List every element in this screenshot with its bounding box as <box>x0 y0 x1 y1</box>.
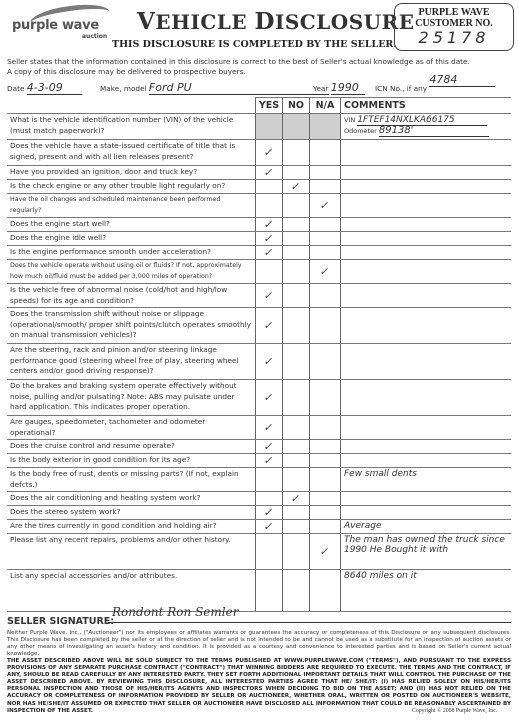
checkmark-icon: ✓ <box>319 545 331 558</box>
icn-field[interactable]: ICN No., if any 4784 <box>375 81 495 95</box>
comment-field[interactable]: VIN 1FTEF14NXLKA66175Odometer 89138' <box>341 114 512 140</box>
question-text: Does the stereo system work? <box>7 506 256 520</box>
page-title: VEHICLE DISCLOSURE <box>137 8 414 35</box>
comment-field[interactable] <box>341 416 512 440</box>
no-checkbox[interactable] <box>283 344 310 380</box>
na-checkbox[interactable] <box>310 492 341 506</box>
comment-field[interactable] <box>341 140 512 166</box>
table-row: Are the tires currently in good conditio… <box>7 520 511 534</box>
terms-text: THE ASSET DESCRIBED ABOVE WILL BE SOLD S… <box>7 658 511 715</box>
no-checkbox[interactable] <box>283 468 310 492</box>
page-subtitle: THIS DISCLOSURE IS COMPLETED BY THE SELL… <box>112 39 397 50</box>
comment-field[interactable] <box>341 454 512 468</box>
no-checkbox[interactable] <box>283 218 310 232</box>
signature-value: Rondont Ron Semler <box>112 605 238 619</box>
yes-checkbox[interactable] <box>256 492 283 506</box>
yes-checkbox[interactable]: ✓ <box>256 308 283 344</box>
comment-field[interactable]: The man has owned the truck since 1990 H… <box>341 534 512 570</box>
question-text: Does the transmission shift without nois… <box>7 308 256 344</box>
na-header: N/A <box>310 98 341 114</box>
checkmark-icon: ✓ <box>263 454 275 467</box>
odometer-value[interactable]: 89138' <box>379 126 489 137</box>
comment-text: The man has owned the truck since 1990 H… <box>344 535 505 555</box>
na-checkbox[interactable] <box>310 506 341 520</box>
na-checkbox[interactable] <box>310 246 341 260</box>
table-row: Does the cruise control and resume opera… <box>7 440 511 454</box>
table-row: Is the check engine or any other trouble… <box>7 180 511 194</box>
signature-label: SELLER SIGNATURE: <box>7 616 114 627</box>
question-text: Does the engine idle well? <box>7 232 256 246</box>
logo-subtext: auction <box>82 33 107 40</box>
yes-checkbox[interactable]: ✓ <box>256 246 283 260</box>
na-checkbox[interactable] <box>310 308 341 344</box>
yes-checkbox[interactable]: ✓ <box>256 440 283 454</box>
na-checkbox[interactable] <box>310 344 341 380</box>
logo-text: purple wave <box>12 18 99 33</box>
checkmark-icon: ✓ <box>263 391 275 404</box>
customer-number-value[interactable]: 25178 <box>395 28 513 47</box>
comment-text: Average <box>344 521 382 531</box>
no-checkbox[interactable]: ✓ <box>283 492 310 506</box>
yes-header: YES <box>256 98 283 114</box>
comment-field[interactable] <box>341 440 512 454</box>
na-checkbox[interactable]: ✓ <box>310 260 341 284</box>
disclaimer-text: Neither Purple Wave, Inc., ("Auctioneer"… <box>7 630 511 658</box>
no-checkbox[interactable] <box>283 520 310 534</box>
no-checkbox[interactable] <box>283 380 310 416</box>
table-row: Please list any recent repairs, problems… <box>7 534 511 570</box>
question-text: Does the vehicle have a state-issued cer… <box>7 140 256 166</box>
no-checkbox[interactable] <box>283 506 310 520</box>
table-row: Does the stereo system work?✓ <box>7 506 511 520</box>
yes-checkbox[interactable]: ✓ <box>256 232 283 246</box>
yes-checkbox[interactable] <box>256 534 283 570</box>
question-header <box>7 98 256 114</box>
no-checkbox[interactable] <box>283 416 310 440</box>
no-checkbox[interactable] <box>283 454 310 468</box>
comment-field[interactable] <box>341 232 512 246</box>
comment-field[interactable] <box>341 194 512 218</box>
question-text: Is the body free of rust, dents or missi… <box>7 468 256 492</box>
comment-field[interactable]: Average <box>341 520 512 534</box>
table-row: Does the vehicle operate without using o… <box>7 260 511 284</box>
question-text: What is the vehicle identification numbe… <box>7 114 256 140</box>
comment-field[interactable] <box>341 284 512 308</box>
customer-box-label: PURPLE WAVECUSTOMER NO. <box>395 7 513 29</box>
checkmark-icon: ✓ <box>290 492 302 505</box>
na-checkbox[interactable] <box>310 218 341 232</box>
table-header-row: YES NO N/A COMMENTS <box>7 98 511 114</box>
yes-checkbox[interactable]: ✓ <box>256 380 283 416</box>
yes-checkbox[interactable] <box>256 180 283 194</box>
checkmark-icon: ✓ <box>263 421 275 434</box>
purple-wave-logo: purple wave auction <box>10 8 105 34</box>
make-model-field[interactable]: Make, model Ford PU <box>100 81 329 95</box>
na-checkbox[interactable] <box>310 416 341 440</box>
checkmark-icon: ✓ <box>319 265 331 278</box>
table-row: What is the vehicle identification numbe… <box>7 114 511 140</box>
yes-checkbox[interactable]: ✓ <box>256 284 283 308</box>
no-checkbox[interactable] <box>283 246 310 260</box>
no-checkbox[interactable] <box>283 232 310 246</box>
comment-text: Few small dents <box>344 469 417 479</box>
checkmark-icon: ✓ <box>263 218 275 231</box>
no-checkbox[interactable]: ✓ <box>283 180 310 194</box>
checkmark-icon: ✓ <box>263 319 275 332</box>
yes-checkbox[interactable]: ✓ <box>256 166 283 180</box>
yes-checkbox[interactable] <box>256 260 283 284</box>
checkmark-icon: ✓ <box>263 289 275 302</box>
question-text: Does the cruise control and resume opera… <box>7 440 256 454</box>
yes-checkbox[interactable]: ✓ <box>256 520 283 534</box>
year-field[interactable]: Year 1990 <box>313 81 365 95</box>
na-checkbox[interactable] <box>310 520 341 534</box>
question-text: Is the check engine or any other trouble… <box>7 180 256 194</box>
checkmark-icon: ✓ <box>290 180 302 193</box>
checkmark-icon: ✓ <box>263 355 275 368</box>
table-row: Are the steering, rack and pinion and/or… <box>7 344 511 380</box>
date-field[interactable]: Date 4-3-09 <box>7 81 82 95</box>
vin-value[interactable]: 1FTEF14NXLKA66175 <box>357 115 487 126</box>
question-text: Please list any recent repairs, problems… <box>7 534 256 570</box>
comment-text: 8640 miles on it <box>344 571 417 581</box>
no-checkbox[interactable] <box>283 114 310 140</box>
question-text: Do the brakes and braking system operate… <box>7 380 256 416</box>
comment-field[interactable] <box>341 166 512 180</box>
vin-label: VIN <box>344 116 355 124</box>
question-text: Have the oil changes and scheduled maint… <box>7 194 256 218</box>
table-row: Have you provided an ignition, door and … <box>7 166 511 180</box>
comment-field[interactable] <box>341 246 512 260</box>
table-row: Does the engine idle well?✓ <box>7 232 511 246</box>
yes-checkbox[interactable]: ✓ <box>256 416 283 440</box>
question-text: Is the engine performance smooth under a… <box>7 246 256 260</box>
table-row: Does the engine start well?✓ <box>7 218 511 232</box>
checkmark-icon: ✓ <box>263 146 275 159</box>
table-row: Have the oil changes and scheduled maint… <box>7 194 511 218</box>
na-checkbox[interactable] <box>310 468 341 492</box>
comments-header: COMMENTS <box>341 98 512 114</box>
yes-checkbox[interactable]: ✓ <box>256 218 283 232</box>
yes-checkbox[interactable]: ✓ <box>256 140 283 166</box>
table-row: Are gauges, speedometer, tachometer and … <box>7 416 511 440</box>
no-checkbox[interactable] <box>283 194 310 218</box>
question-text: Are gauges, speedometer, tachometer and … <box>7 416 256 440</box>
comment-field[interactable] <box>341 492 512 506</box>
yes-checkbox[interactable]: ✓ <box>256 506 283 520</box>
no-checkbox[interactable] <box>283 308 310 344</box>
question-text: Does the engine start well? <box>7 218 256 232</box>
question-text: Is the vehicle free of abnormal noise (c… <box>7 284 256 308</box>
question-text: Are the steering, rack and pinion and/or… <box>7 344 256 380</box>
na-checkbox[interactable] <box>310 114 341 140</box>
no-checkbox[interactable] <box>283 140 310 166</box>
yes-checkbox[interactable] <box>256 114 283 140</box>
no-checkbox[interactable] <box>283 534 310 570</box>
checkmark-icon: ✓ <box>263 440 275 453</box>
na-checkbox[interactable] <box>310 284 341 308</box>
checkmark-icon: ✓ <box>263 232 275 245</box>
na-checkbox[interactable] <box>310 166 341 180</box>
comment-field[interactable] <box>341 506 512 520</box>
checkmark-icon: ✓ <box>263 166 275 179</box>
na-checkbox[interactable] <box>310 140 341 166</box>
checkmark-icon: ✓ <box>263 246 275 259</box>
table-row: Is the engine performance smooth under a… <box>7 246 511 260</box>
comment-field[interactable] <box>341 380 512 416</box>
na-checkbox[interactable]: ✓ <box>310 534 341 570</box>
table-row: Is the body exterior in good condition f… <box>7 454 511 468</box>
comment-field[interactable] <box>341 308 512 344</box>
question-text: Have you provided an ignition, door and … <box>7 166 256 180</box>
table-row: Does the air conditioning and heating sy… <box>7 492 511 506</box>
na-checkbox[interactable] <box>310 232 341 246</box>
table-row: Is the vehicle free of abnormal noise (c… <box>7 284 511 308</box>
odometer-label: Odometer <box>344 127 377 135</box>
na-checkbox[interactable] <box>310 380 341 416</box>
no-header: NO <box>283 98 310 114</box>
comment-field[interactable] <box>341 260 512 284</box>
checkmark-icon: ✓ <box>263 520 275 533</box>
table-row: Do the brakes and braking system operate… <box>7 380 511 416</box>
na-checkbox[interactable] <box>310 180 341 194</box>
comment-field[interactable] <box>341 218 512 232</box>
no-checkbox[interactable] <box>283 166 310 180</box>
disclosure-table: YES NO N/A COMMENTS What is the vehicle … <box>7 97 511 612</box>
customer-number-box: PURPLE WAVECUSTOMER NO. 25178 <box>394 3 514 51</box>
table-row: Is the body free of rust, dents or missi… <box>7 468 511 492</box>
checkmark-icon: ✓ <box>263 506 275 519</box>
na-checkbox[interactable] <box>310 440 341 454</box>
question-text: Does the air conditioning and heating sy… <box>7 492 256 506</box>
no-checkbox[interactable] <box>283 440 310 454</box>
copyright-text: Copyright © 2008 Purple Wave, Inc. <box>412 708 497 714</box>
no-checkbox[interactable] <box>283 284 310 308</box>
comment-field[interactable]: Few small dents <box>341 468 512 492</box>
checkmark-icon: ✓ <box>319 199 331 212</box>
na-checkbox[interactable]: ✓ <box>310 194 341 218</box>
yes-checkbox[interactable] <box>256 468 283 492</box>
table-row: Does the transmission shift without nois… <box>7 308 511 344</box>
table-row: Does the vehicle have a state-issued cer… <box>7 140 511 166</box>
yes-checkbox[interactable]: ✓ <box>256 344 283 380</box>
yes-checkbox[interactable]: ✓ <box>256 454 283 468</box>
question-text: Is the body exterior in good condition f… <box>7 454 256 468</box>
yes-checkbox[interactable] <box>256 194 283 218</box>
comment-field[interactable] <box>341 180 512 194</box>
no-checkbox[interactable] <box>283 260 310 284</box>
question-text: Are the tires currently in good conditio… <box>7 520 256 534</box>
comment-field[interactable] <box>341 344 512 380</box>
na-checkbox[interactable] <box>310 454 341 468</box>
question-text: Does the vehicle operate without using o… <box>7 260 256 284</box>
